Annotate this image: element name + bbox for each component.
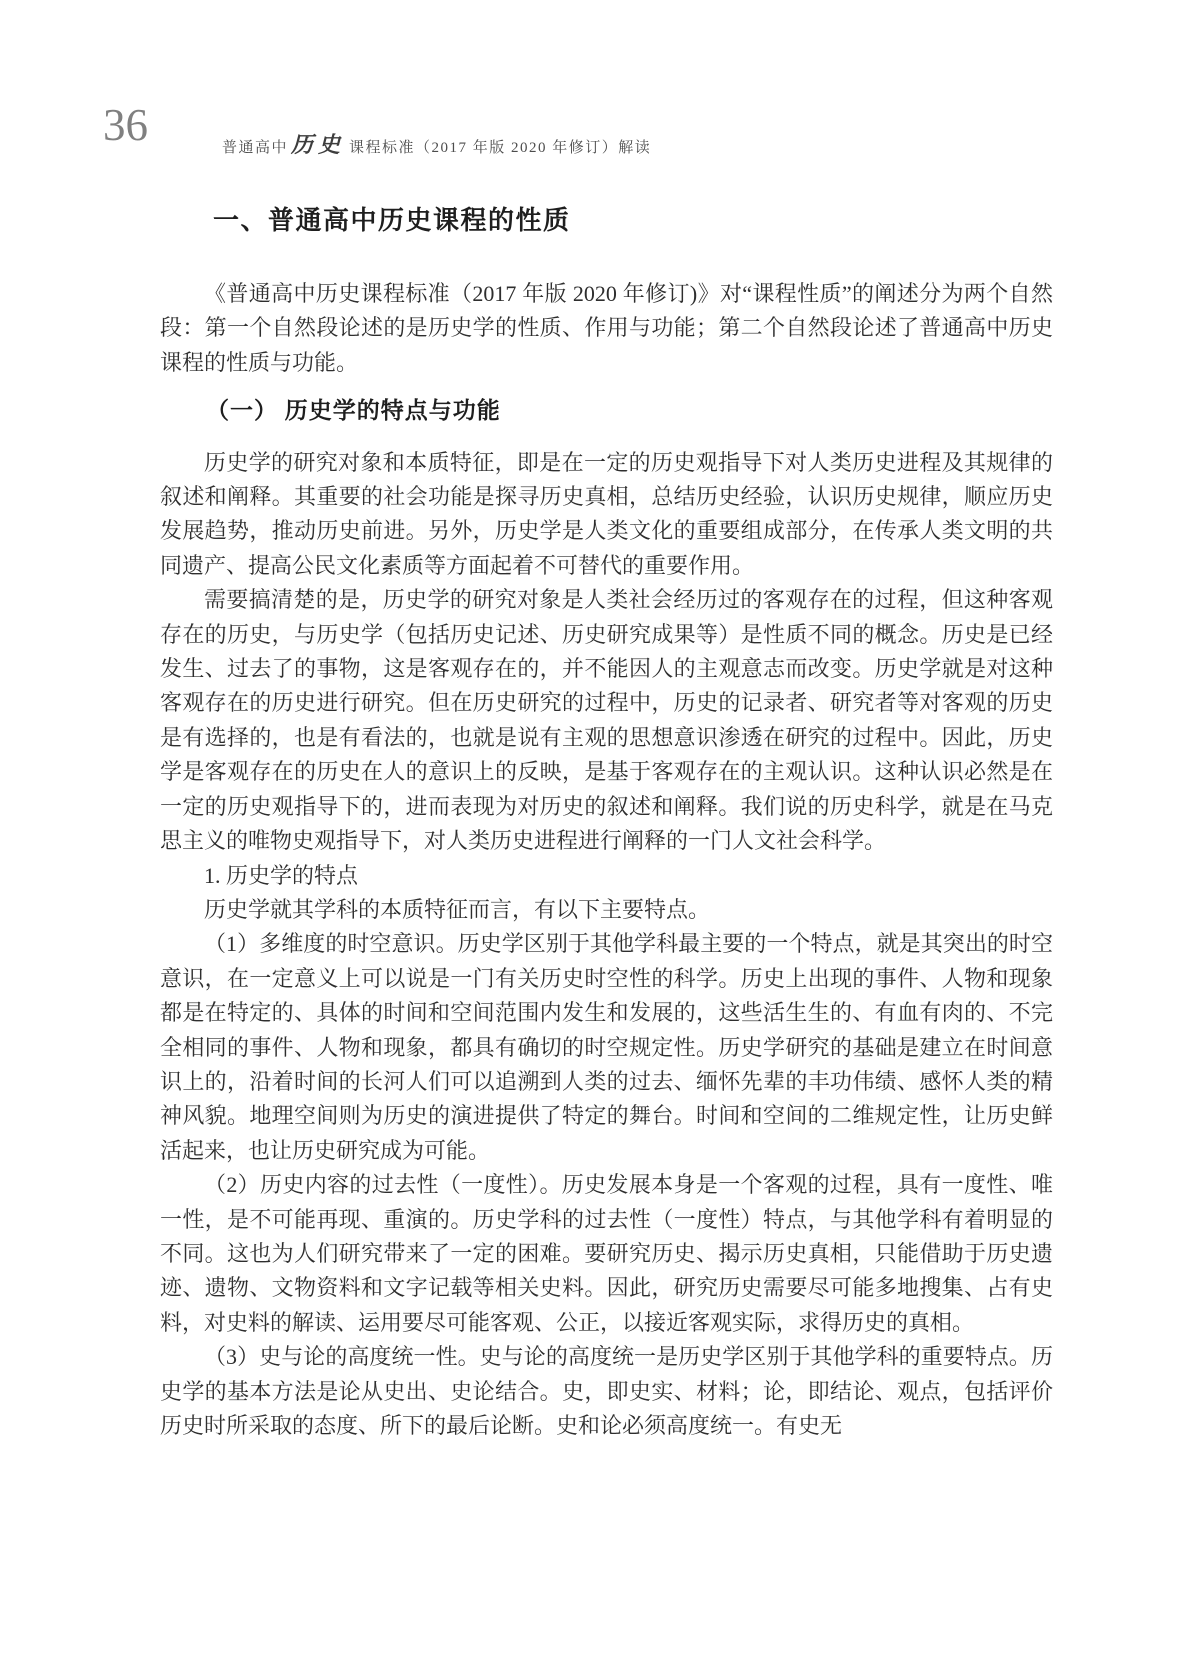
running-header-part2: 课程标准（2017 年版 2020 年修订）解读 <box>349 136 651 157</box>
intro-paragraph: 《普通高中历史课程标准（2017 年版 2020 年修订)》对“课程性质”的阐述… <box>160 277 1053 380</box>
running-header: 普通高中 历史 课程标准（2017 年版 2020 年修订）解读 <box>222 128 651 158</box>
body-content: 《普通高中历史课程标准（2017 年版 2020 年修订)》对“课程性质”的阐述… <box>160 277 1053 1443</box>
point-1-paragraph: （1）多维度的时空意识。历史学区别于其他学科最主要的一个特点，就是其突出的时空意… <box>160 927 1053 1168</box>
page-number: 36 <box>103 103 148 148</box>
running-header-part1: 普通高中 <box>222 136 288 157</box>
point-2-paragraph: （2）历史内容的过去性（一度性）。历史发展本身是一个客观的过程，具有一度性、唯一… <box>160 1168 1053 1340</box>
subsection-paragraph-2: 需要搞清楚的是，历史学的研究对象是人类社会经历过的客观存在的过程，但这种客观存在… <box>160 583 1053 858</box>
point-3-paragraph: （3）史与论的高度统一性。史与论的高度统一是历史学区别于其他学科的重要特点。历史… <box>160 1340 1053 1443</box>
running-header-script-word: 历史 <box>291 128 345 159</box>
subsection-heading: （一） 历史学的特点与功能 <box>160 394 1053 428</box>
document-page: 36 普通高中 历史 课程标准（2017 年版 2020 年修订）解读 一、普通… <box>0 0 1203 1675</box>
subsection-paragraph-1: 历史学的研究对象和本质特征，即是在一定的历史观指导下对人类历史进程及其规律的叙述… <box>160 446 1053 584</box>
section-title: 一、普通高中历史课程的性质 <box>213 200 571 237</box>
sub-subsection-lead: 历史学就其学科的本质特征而言，有以下主要特点。 <box>160 893 1053 927</box>
sub-subsection-heading: 1. 历史学的特点 <box>160 859 1053 893</box>
